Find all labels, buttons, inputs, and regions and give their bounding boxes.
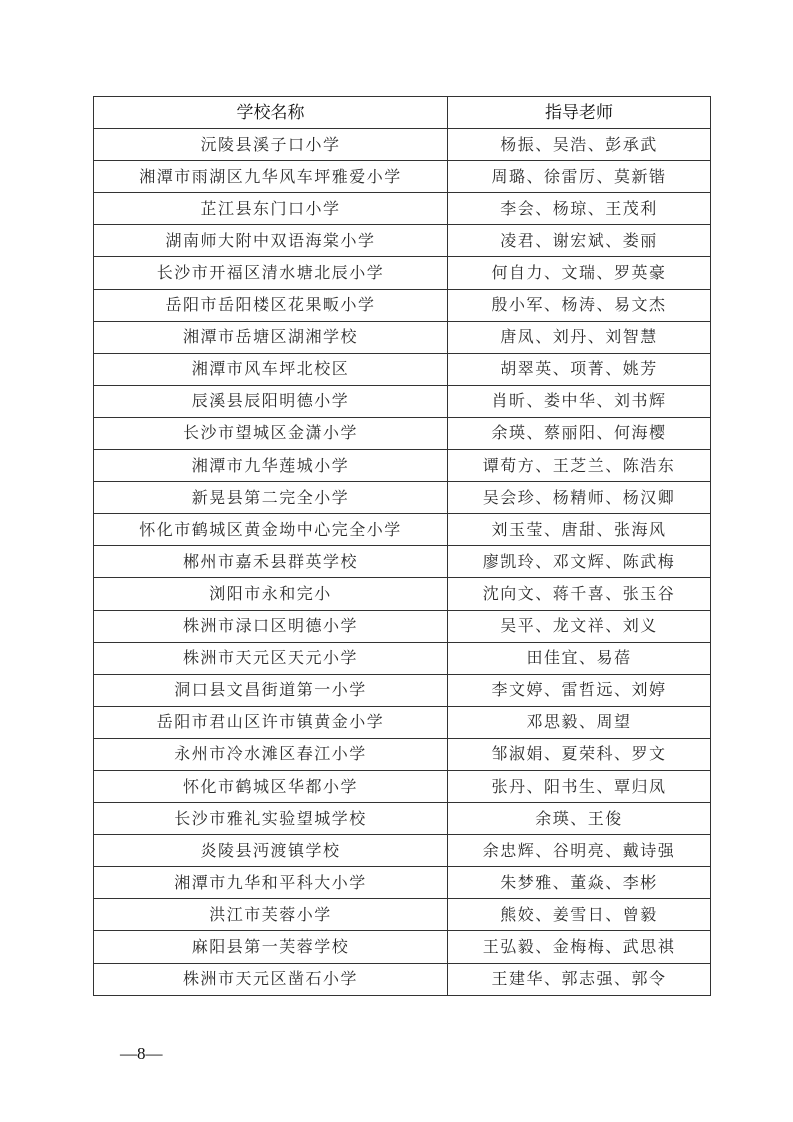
school-name-cell: 湘潭市九华莲城小学 <box>94 450 448 482</box>
school-name-cell: 长沙市雅礼实验望城学校 <box>94 803 448 835</box>
table-row: 洪江市芙蓉小学熊姣、姜雪日、曾毅 <box>94 899 711 931</box>
table-row: 株洲市天元区凿石小学王建华、郭志强、郭令 <box>94 963 711 995</box>
school-name-cell: 湘潭市雨湖区九华风车坪雅爱小学 <box>94 161 448 193</box>
table-row: 湘潭市九华莲城小学谭荀方、王芝兰、陈浩东 <box>94 450 711 482</box>
column-header-school: 学校名称 <box>94 97 448 129</box>
school-name-cell: 怀化市鹤城区黄金坳中心完全小学 <box>94 514 448 546</box>
teacher-names-cell: 廖凯玲、邓文辉、陈武梅 <box>448 546 711 578</box>
table-row: 浏阳市永和完小沈向文、蒋千喜、张玉谷 <box>94 578 711 610</box>
table-row: 芷江县东门口小学李会、杨琼、王茂利 <box>94 193 711 225</box>
teacher-names-cell: 熊姣、姜雪日、曾毅 <box>448 899 711 931</box>
teacher-names-cell: 唐凤、刘丹、刘智慧 <box>448 321 711 353</box>
teacher-names-cell: 邓思毅、周望 <box>448 706 711 738</box>
table-row: 新晃县第二完全小学吴会珍、杨精师、杨汉卿 <box>94 482 711 514</box>
table-row: 岳阳市岳阳楼区花果畈小学殷小军、杨涛、易文杰 <box>94 289 711 321</box>
table-row: 长沙市望城区金潇小学余瑛、蔡丽阳、何海樱 <box>94 417 711 449</box>
school-name-cell: 长沙市开福区清水塘北辰小学 <box>94 257 448 289</box>
school-name-cell: 株洲市渌口区明德小学 <box>94 610 448 642</box>
school-name-cell: 炎陵县沔渡镇学校 <box>94 835 448 867</box>
table-row: 辰溪县辰阳明德小学肖昕、娄中华、刘书辉 <box>94 385 711 417</box>
school-name-cell: 长沙市望城区金潇小学 <box>94 417 448 449</box>
table-row: 郴州市嘉禾县群英学校廖凯玲、邓文辉、陈武梅 <box>94 546 711 578</box>
school-name-cell: 浏阳市永和完小 <box>94 578 448 610</box>
school-teacher-table: 学校名称 指导老师 沅陵县溪子口小学杨振、吴浩、彭承武 湘潭市雨湖区九华风车坪雅… <box>93 96 711 996</box>
table-row: 长沙市雅礼实验望城学校余瑛、王俊 <box>94 803 711 835</box>
school-name-cell: 岳阳市岳阳楼区花果畈小学 <box>94 289 448 321</box>
school-name-cell: 郴州市嘉禾县群英学校 <box>94 546 448 578</box>
school-name-cell: 株洲市天元区凿石小学 <box>94 963 448 995</box>
teacher-names-cell: 胡翠英、项菁、姚芳 <box>448 353 711 385</box>
school-name-cell: 湘潭市风车坪北校区 <box>94 353 448 385</box>
school-name-cell: 新晃县第二完全小学 <box>94 482 448 514</box>
school-name-cell: 沅陵县溪子口小学 <box>94 129 448 161</box>
teacher-names-cell: 张丹、阳书生、覃归凤 <box>448 770 711 802</box>
teacher-names-cell: 殷小军、杨涛、易文杰 <box>448 289 711 321</box>
table-row: 炎陵县沔渡镇学校余忠辉、谷明亮、戴诗强 <box>94 835 711 867</box>
teacher-names-cell: 王建华、郭志强、郭令 <box>448 963 711 995</box>
teacher-names-cell: 余瑛、蔡丽阳、何海樱 <box>448 417 711 449</box>
table-row: 永州市冷水滩区春江小学邹淑娟、夏荣科、罗文 <box>94 738 711 770</box>
table-row: 湘潭市雨湖区九华风车坪雅爱小学周璐、徐雷厉、莫新锴 <box>94 161 711 193</box>
table-header-row: 学校名称 指导老师 <box>94 97 711 129</box>
table-body: 沅陵县溪子口小学杨振、吴浩、彭承武 湘潭市雨湖区九华风车坪雅爱小学周璐、徐雷厉、… <box>94 129 711 996</box>
table-row: 株洲市天元区天元小学田佳宜、易蓓 <box>94 642 711 674</box>
school-name-cell: 株洲市天元区天元小学 <box>94 642 448 674</box>
school-name-cell: 辰溪县辰阳明德小学 <box>94 385 448 417</box>
school-name-cell: 洪江市芙蓉小学 <box>94 899 448 931</box>
teacher-names-cell: 谭荀方、王芝兰、陈浩东 <box>448 450 711 482</box>
teacher-names-cell: 凌君、谢宏斌、娄丽 <box>448 225 711 257</box>
teacher-names-cell: 朱梦雅、董焱、李彬 <box>448 867 711 899</box>
school-name-cell: 湘潭市九华和平科大小学 <box>94 867 448 899</box>
teacher-names-cell: 肖昕、娄中华、刘书辉 <box>448 385 711 417</box>
teacher-names-cell: 余忠辉、谷明亮、戴诗强 <box>448 835 711 867</box>
teacher-names-cell: 沈向文、蒋千喜、张玉谷 <box>448 578 711 610</box>
teacher-names-cell: 吴会珍、杨精师、杨汉卿 <box>448 482 711 514</box>
teacher-names-cell: 李会、杨琼、王茂利 <box>448 193 711 225</box>
teacher-names-cell: 王弘毅、金梅梅、武思祺 <box>448 931 711 963</box>
school-name-cell: 怀化市鹤城区华都小学 <box>94 770 448 802</box>
table-row: 怀化市鹤城区黄金坳中心完全小学刘玉莹、唐甜、张海风 <box>94 514 711 546</box>
table-row: 湖南师大附中双语海棠小学凌君、谢宏斌、娄丽 <box>94 225 711 257</box>
school-name-cell: 洞口县文昌街道第一小学 <box>94 674 448 706</box>
table-row: 岳阳市君山区许市镇黄金小学邓思毅、周望 <box>94 706 711 738</box>
table-row: 湘潭市风车坪北校区胡翠英、项菁、姚芳 <box>94 353 711 385</box>
school-name-cell: 永州市冷水滩区春江小学 <box>94 738 448 770</box>
school-name-cell: 岳阳市君山区许市镇黄金小学 <box>94 706 448 738</box>
column-header-teacher: 指导老师 <box>448 97 711 129</box>
school-name-cell: 湖南师大附中双语海棠小学 <box>94 225 448 257</box>
school-name-cell: 麻阳县第一芙蓉学校 <box>94 931 448 963</box>
teacher-names-cell: 邹淑娟、夏荣科、罗文 <box>448 738 711 770</box>
teacher-names-cell: 李文婷、雷哲远、刘婷 <box>448 674 711 706</box>
teacher-names-cell: 杨振、吴浩、彭承武 <box>448 129 711 161</box>
teacher-names-cell: 刘玉莹、唐甜、张海风 <box>448 514 711 546</box>
table-row: 湘潭市岳塘区湖湘学校唐凤、刘丹、刘智慧 <box>94 321 711 353</box>
table-row: 株洲市渌口区明德小学吴平、龙文祥、刘义 <box>94 610 711 642</box>
school-name-cell: 芷江县东门口小学 <box>94 193 448 225</box>
school-name-cell: 湘潭市岳塘区湖湘学校 <box>94 321 448 353</box>
table-row: 洞口县文昌街道第一小学李文婷、雷哲远、刘婷 <box>94 674 711 706</box>
table-row: 长沙市开福区清水塘北辰小学何自力、文瑞、罗英豪 <box>94 257 711 289</box>
page-number: —8— <box>120 1044 163 1064</box>
teacher-names-cell: 何自力、文瑞、罗英豪 <box>448 257 711 289</box>
table-row: 麻阳县第一芙蓉学校王弘毅、金梅梅、武思祺 <box>94 931 711 963</box>
teacher-names-cell: 吴平、龙文祥、刘义 <box>448 610 711 642</box>
table-row: 沅陵县溪子口小学杨振、吴浩、彭承武 <box>94 129 711 161</box>
teacher-names-cell: 田佳宜、易蓓 <box>448 642 711 674</box>
teacher-names-cell: 余瑛、王俊 <box>448 803 711 835</box>
table-row: 怀化市鹤城区华都小学张丹、阳书生、覃归凤 <box>94 770 711 802</box>
teacher-names-cell: 周璐、徐雷厉、莫新锴 <box>448 161 711 193</box>
table-row: 湘潭市九华和平科大小学朱梦雅、董焱、李彬 <box>94 867 711 899</box>
document-page: 学校名称 指导老师 沅陵县溪子口小学杨振、吴浩、彭承武 湘潭市雨湖区九华风车坪雅… <box>0 0 793 1122</box>
